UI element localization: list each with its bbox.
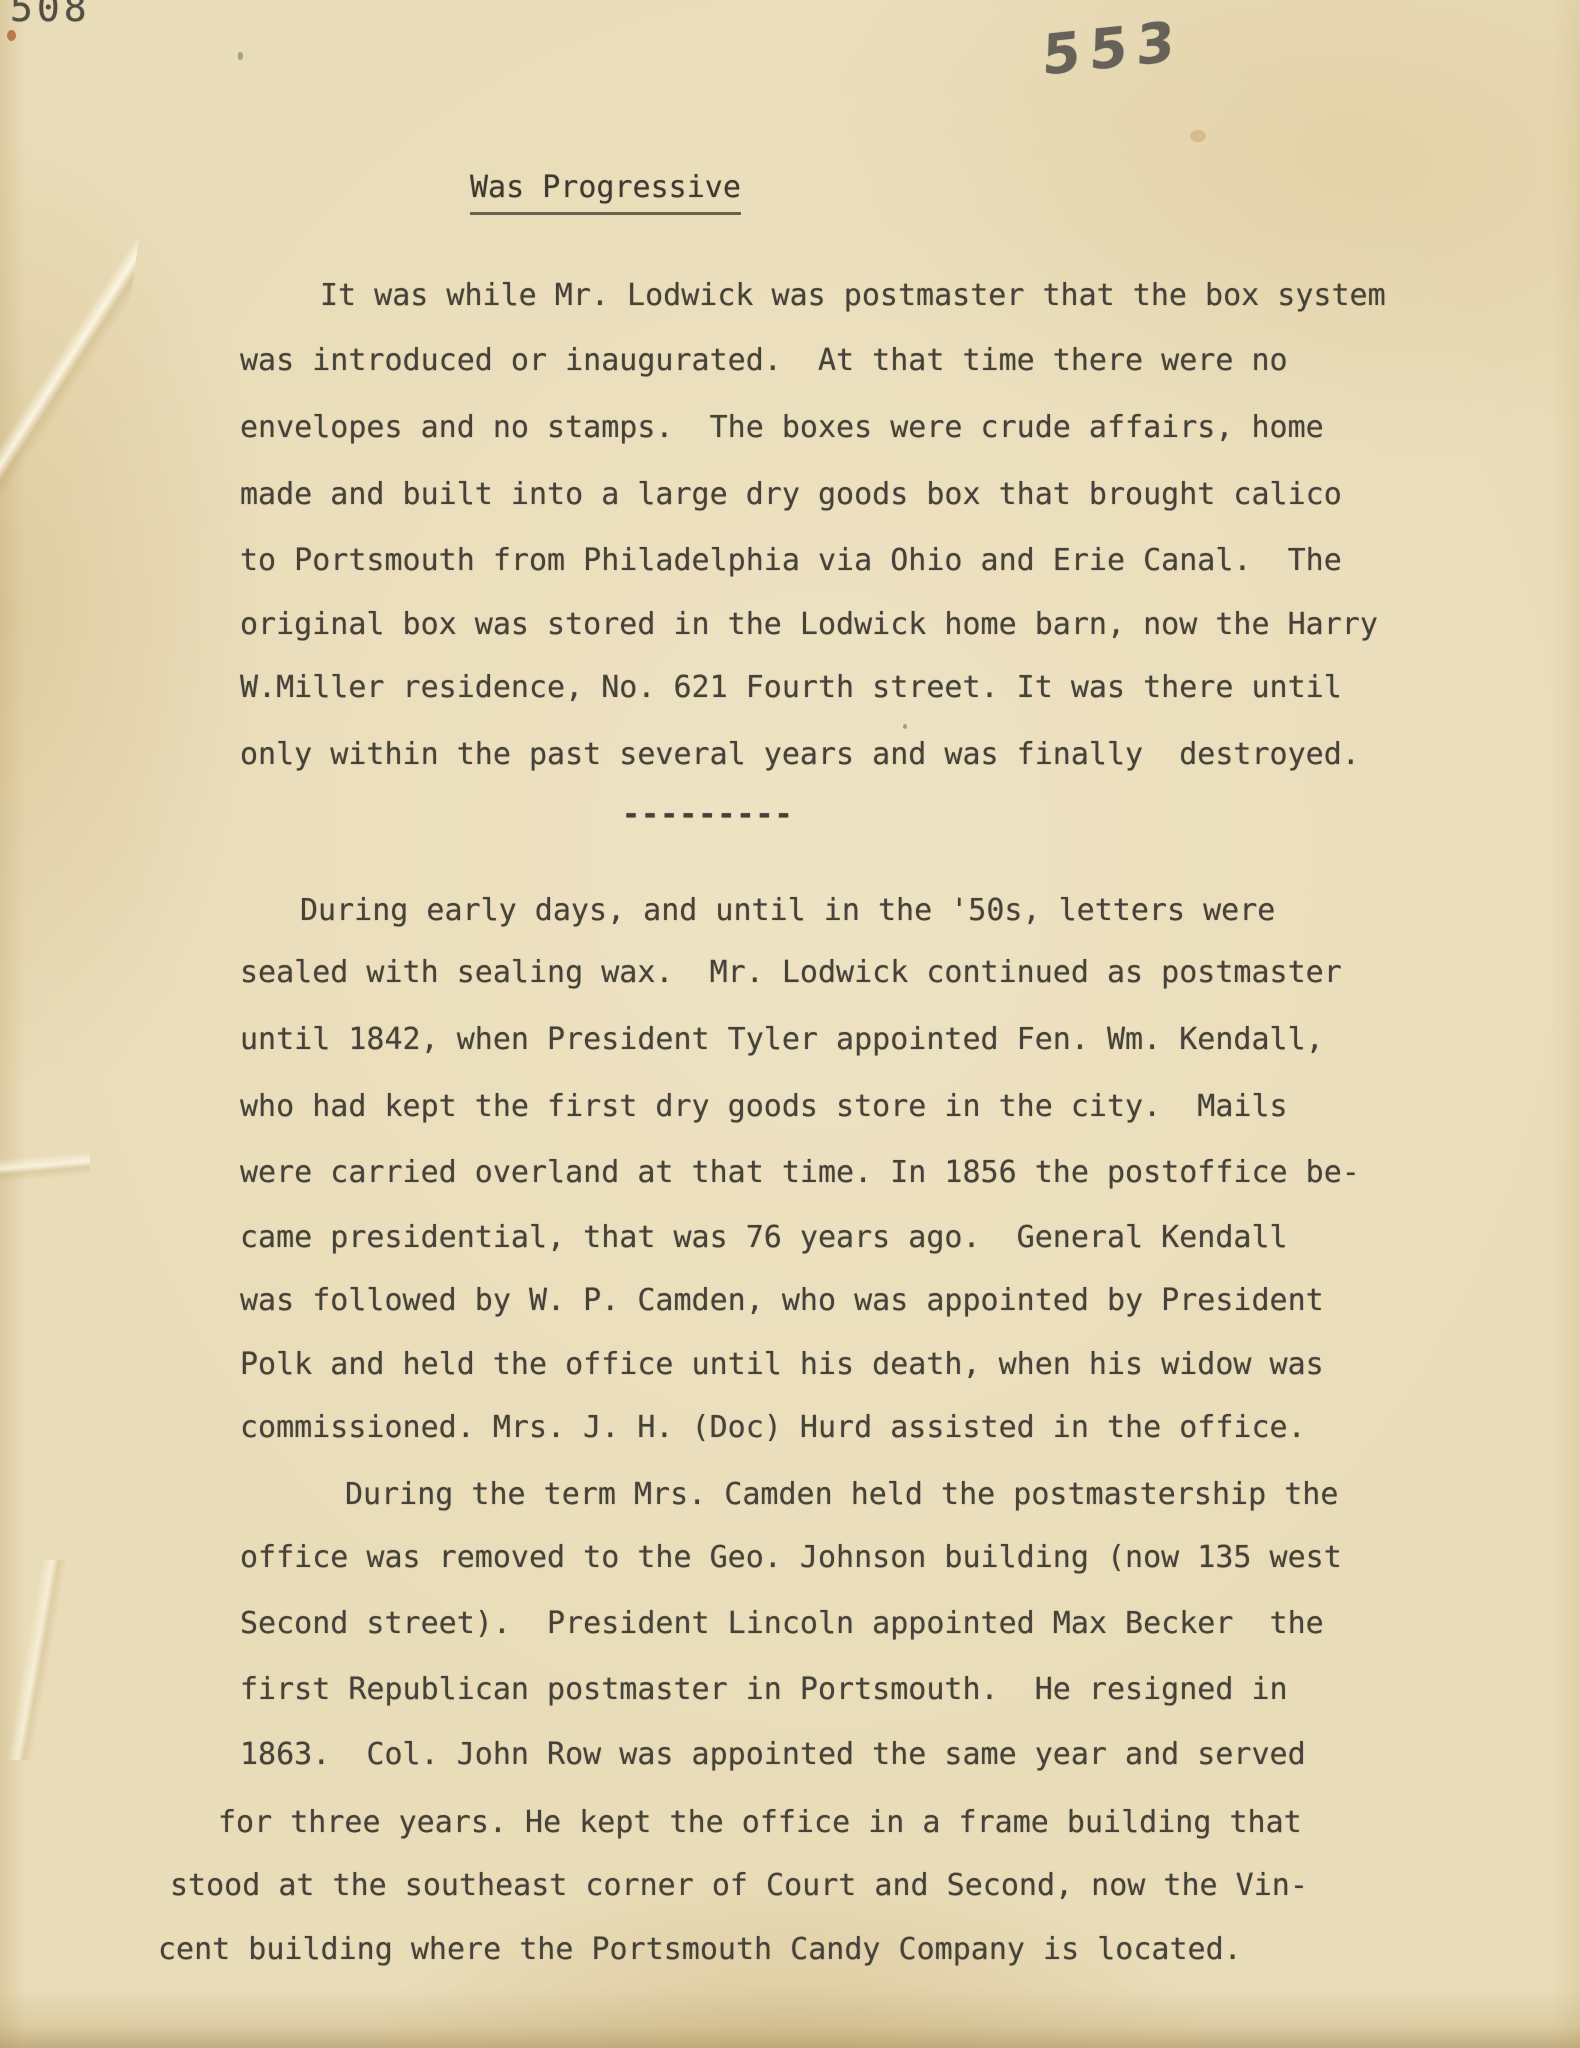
paper-speck <box>238 52 243 60</box>
text-line: came presidential, that was 76 years ago… <box>240 1220 1288 1255</box>
text-line: was followed by W. P. Camden, who was ap… <box>240 1283 1324 1318</box>
paper-crease-bottom-left <box>0 1560 70 1760</box>
text-line: envelopes and no stamps. The boxes were … <box>240 410 1324 445</box>
text-line: cent building where the Portsmouth Candy… <box>158 1932 1242 1967</box>
paper-crease-left-edge <box>0 1120 90 1210</box>
text-line: W.Miller residence, No. 621 Fourth stree… <box>240 670 1342 705</box>
text-line: During the term Mrs. Camden held the pos… <box>345 1477 1338 1512</box>
section-separator-dashes: --------- <box>622 797 794 832</box>
text-line: It was while Mr. Lodwick was postmaster … <box>320 278 1386 313</box>
paper-crease-top-left <box>0 224 139 517</box>
text-line: original box was stored in the Lodwick h… <box>240 607 1378 642</box>
text-line: only within the past several years and w… <box>240 737 1360 772</box>
text-line: sealed with sealing wax. Mr. Lodwick con… <box>240 955 1342 990</box>
text-line: first Republican postmaster in Portsmout… <box>240 1672 1288 1707</box>
text-line: was introduced or inaugurated. At that t… <box>240 343 1288 378</box>
typewritten-document-page: 508 553 Was Progressive It was while Mr.… <box>0 0 1580 2048</box>
handwritten-page-number: 553 <box>1041 8 1184 87</box>
text-line: who had kept the first dry goods store i… <box>240 1089 1288 1124</box>
text-line: During early days, and until in the '50s… <box>300 893 1275 928</box>
text-line: Polk and held the office until his death… <box>240 1347 1324 1382</box>
text-line: commissioned. Mrs. J. H. (Doc) Hurd assi… <box>240 1410 1306 1445</box>
paper-speck-2 <box>903 724 907 729</box>
typed-page-number: 508 <box>10 0 91 30</box>
text-line: until 1842, when President Tyler appoint… <box>240 1022 1324 1057</box>
text-line: office was removed to the Geo. Johnson b… <box>240 1540 1342 1575</box>
paper-stain-top-right <box>1190 130 1206 142</box>
text-line: made and built into a large dry goods bo… <box>240 477 1342 512</box>
text-line: to Portsmouth from Philadelphia via Ohio… <box>240 543 1342 578</box>
text-line: stood at the southeast corner of Court a… <box>170 1868 1308 1903</box>
text-line: 1863. Col. John Row was appointed the sa… <box>240 1737 1306 1772</box>
text-line: Second street). President Lincoln appoin… <box>240 1606 1324 1641</box>
document-title: Was Progressive <box>470 170 741 215</box>
text-line: were carried overland at that time. In 1… <box>240 1155 1360 1190</box>
paper-stain-red <box>7 30 16 41</box>
text-line: for three years. He kept the office in a… <box>218 1805 1302 1840</box>
